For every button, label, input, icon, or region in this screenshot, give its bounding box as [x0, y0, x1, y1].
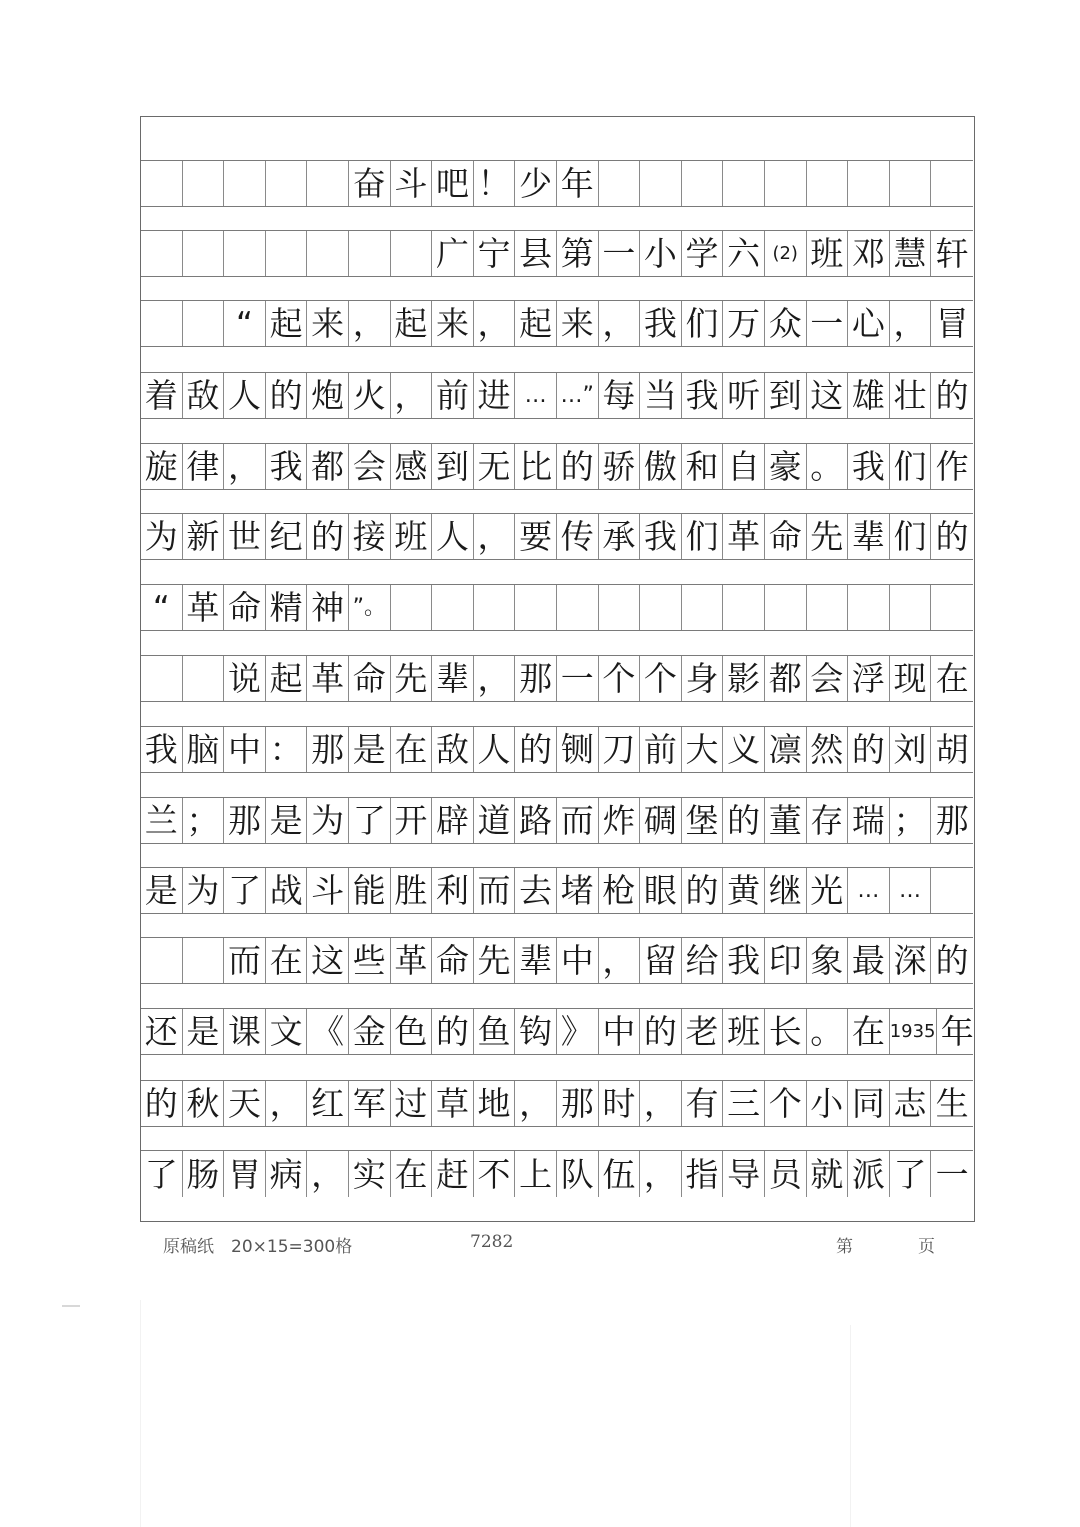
grid-cell: …” [557, 373, 599, 418]
grid-cell: 着 [141, 373, 183, 418]
grid-cell: 邓 [848, 231, 890, 276]
grid-cell: 慧 [890, 231, 932, 276]
grid-cell: 堡 [682, 798, 724, 843]
grid-cell: 骄 [599, 444, 641, 489]
grid-cell: 说 [224, 656, 266, 701]
grid-row: “革命精神”。 [141, 584, 973, 631]
grid-cell: 开 [391, 798, 433, 843]
grid-cell: 我 [640, 514, 682, 559]
grid-cell: 听 [723, 373, 765, 418]
grid-cell: 而 [557, 798, 599, 843]
grid-cell: (2) [765, 231, 807, 276]
grid-cell [391, 231, 433, 276]
grid-cell: 我 [141, 727, 183, 772]
grid-cell: 刘 [890, 727, 932, 772]
grid-cell: 道 [474, 798, 516, 843]
grid-row: 旋律，我都会感到无比的骄傲和自豪。我们作 [141, 443, 973, 490]
grid-cell: 》 [557, 1009, 599, 1054]
grid-cell: 志 [890, 1081, 932, 1126]
grid-cell: ， [599, 301, 641, 346]
grid-cell [391, 585, 433, 630]
grid-cell: 金 [349, 1009, 391, 1054]
grid-cell: 那 [557, 1081, 599, 1126]
grid-cell: 辈 [848, 514, 890, 559]
grid-cell: 会 [807, 656, 849, 701]
grid-cell: 为 [141, 514, 183, 559]
grid-cell: 碉 [640, 798, 682, 843]
grid-cell: 了 [141, 1151, 183, 1197]
grid-cell: 起 [266, 656, 308, 701]
page-label: 第 [836, 1232, 853, 1257]
grid-cell: 们 [682, 301, 724, 346]
grid-cell: 去 [515, 868, 557, 913]
grid-cell: … [515, 373, 557, 418]
grid-cell [931, 868, 973, 913]
grid-row: 说起革命先辈，那一个个身影都会浮现在 [141, 655, 973, 702]
grid-cell: 1935 [890, 1009, 937, 1054]
grid-cell: 个 [599, 656, 641, 701]
grid-cell: 这 [807, 373, 849, 418]
grid-cell: 胃 [224, 1151, 266, 1197]
grid-cell: ； [183, 798, 225, 843]
grid-cell: 作 [931, 444, 973, 489]
grid-cell: 的 [557, 444, 599, 489]
grid-cell: 先 [474, 938, 516, 983]
grid-cell: 那 [931, 798, 973, 843]
grid-cell: 来 [432, 301, 474, 346]
grid-cell: 宁 [474, 231, 516, 276]
grid-cell: 就 [807, 1151, 849, 1197]
grid-cell: 壮 [890, 373, 932, 418]
grid-cell: 色 [391, 1009, 433, 1054]
grid-cell: 是 [183, 1009, 225, 1054]
grid-cell: 火 [349, 373, 391, 418]
grid-cell [307, 231, 349, 276]
grid-cell: 自 [723, 444, 765, 489]
grid-cell: 肠 [183, 1151, 225, 1197]
grid-cell [183, 161, 225, 206]
grid-cell: 老 [682, 1009, 724, 1054]
grid-cell: “ [224, 301, 266, 346]
grid-cell: 命 [432, 938, 474, 983]
grid-cell: 的 [307, 514, 349, 559]
grid-cell: 们 [890, 514, 932, 559]
grid-cell: 留 [640, 938, 682, 983]
grid-cell: 奋 [349, 161, 391, 206]
grid-cell: 们 [890, 444, 932, 489]
grid-cell: 起 [515, 301, 557, 346]
grid-cell: ”。 [349, 585, 391, 630]
grid-cell: 而 [474, 868, 516, 913]
grid-cell [848, 585, 890, 630]
grid-cell: 病 [266, 1151, 308, 1197]
grid-cell [640, 161, 682, 206]
grid-cell: 继 [765, 868, 807, 913]
grid-cell: 胡 [931, 727, 973, 772]
grid-cell: 进 [474, 373, 516, 418]
grid-cell: 敌 [432, 727, 474, 772]
grid-cell [141, 231, 183, 276]
grid-cell: 纪 [266, 514, 308, 559]
grid-cell: 斗 [391, 161, 433, 206]
grid-cell: 的 [931, 938, 973, 983]
grid-row: 是为了战斗能胜利而去堵枪眼的黄继光…… [141, 867, 973, 914]
grid-cell: 枪 [599, 868, 641, 913]
grid-cell: 这 [307, 938, 349, 983]
grid-cell: 广 [432, 231, 474, 276]
grid-cell [890, 161, 932, 206]
grid-cell: 长 [765, 1009, 807, 1054]
grid-cell: 班 [391, 514, 433, 559]
grid-cell [931, 585, 973, 630]
grid-cell: 炮 [307, 373, 349, 418]
grid-cell: 和 [682, 444, 724, 489]
grid-cell: 班 [807, 231, 849, 276]
grid-cell: ； [890, 798, 932, 843]
grid-cell: 草 [432, 1081, 474, 1126]
grid-cell: 都 [765, 656, 807, 701]
grid-cell: 辟 [432, 798, 474, 843]
grid-cell: 秋 [183, 1081, 225, 1126]
grid-cell [183, 656, 225, 701]
scan-artifact [62, 1305, 80, 1307]
grid-cell: 同 [848, 1081, 890, 1126]
grid-cell [682, 585, 724, 630]
grid-cell: 上 [515, 1151, 557, 1197]
grid-cell: 胜 [391, 868, 433, 913]
grid-cell [599, 585, 641, 630]
grid-cell [557, 585, 599, 630]
grid-cell: 人 [432, 514, 474, 559]
grid-cell: 象 [807, 938, 849, 983]
grid-cell: 到 [432, 444, 474, 489]
grid-cell: 身 [682, 656, 724, 701]
grid-cell: 中 [599, 1009, 641, 1054]
grid-cell: ， [307, 1151, 349, 1197]
grid-cell: 那 [224, 798, 266, 843]
grid-cell: 的 [848, 727, 890, 772]
grid-cell: 给 [682, 938, 724, 983]
grid-cell: ， [224, 444, 266, 489]
grid-cell: 了 [224, 868, 266, 913]
scan-artifact-line [850, 1325, 851, 1527]
grid-cell: 些 [349, 938, 391, 983]
grid-cell [807, 585, 849, 630]
grid-cell: 前 [432, 373, 474, 418]
grid-cell: 中 [557, 938, 599, 983]
grid-cell: 们 [682, 514, 724, 559]
grid-cell: … [890, 868, 932, 913]
grid-cell: 眼 [640, 868, 682, 913]
grid-row: 广宁县第一小学六(2)班邓慧轩 [141, 230, 973, 277]
grid-cell: 。 [807, 1009, 849, 1054]
grid-cell: 先 [807, 514, 849, 559]
grid-cell [682, 161, 724, 206]
grid-cell: 我 [723, 938, 765, 983]
grid-row: “起来，起来，起来，我们万众一心，冒 [141, 300, 973, 347]
grid-cell: 一 [599, 231, 641, 276]
grid-cell: 命 [349, 656, 391, 701]
grid-cell: 课 [224, 1009, 266, 1054]
grid-cell: 影 [723, 656, 765, 701]
manuscript-sheet: 奋斗吧！少年广宁县第一小学六(2)班邓慧轩“起来，起来，起来，我们万众一心，冒着… [140, 116, 975, 1222]
grid-cell: 战 [266, 868, 308, 913]
grid-cell: 三 [723, 1081, 765, 1126]
grid-cell: 律 [183, 444, 225, 489]
grid-cell: 在 [848, 1009, 890, 1054]
grid-cell: 派 [848, 1151, 890, 1197]
grid-cell [723, 585, 765, 630]
grid-cell: “ [141, 585, 183, 630]
grid-row: 我脑中：那是在敌人的铡刀前大义凛然的刘胡 [141, 726, 973, 773]
grid-cell: 人 [474, 727, 516, 772]
grid-cell: ， [474, 301, 516, 346]
grid-cell [141, 161, 183, 206]
grid-cell: 敌 [183, 373, 225, 418]
grid-cell: ， [640, 1081, 682, 1126]
grid-cell: ： [266, 727, 308, 772]
grid-cell: 个 [640, 656, 682, 701]
grid-cell [640, 585, 682, 630]
grid-cell: 鱼 [474, 1009, 516, 1054]
grid-cell: 我 [682, 373, 724, 418]
grid-cell: 过 [391, 1081, 433, 1126]
grid-row: 的秋天，红军过草地，那时，有三个小同志生 [141, 1080, 973, 1127]
paper-code: 7282 [470, 1232, 513, 1252]
grid-cell [141, 656, 183, 701]
grid-cell: ， [599, 938, 641, 983]
grid-cell: 的 [432, 1009, 474, 1054]
grid-cell: 为 [183, 868, 225, 913]
grid-cell: 革 [307, 656, 349, 701]
grid-cell: 在 [266, 938, 308, 983]
grid-cell: 人 [224, 373, 266, 418]
grid-cell: 最 [848, 938, 890, 983]
grid-cell: 的 [723, 798, 765, 843]
grid-cell: 光 [807, 868, 849, 913]
grid-cell [183, 301, 225, 346]
grid-cell [183, 938, 225, 983]
grid-cell: 深 [890, 938, 932, 983]
grid-cell: 利 [432, 868, 474, 913]
grid-cell: 命 [765, 514, 807, 559]
grid-row: 兰；那是为了开辟道路而炸碉堡的董存瑞；那 [141, 797, 973, 844]
grid-cell [349, 231, 391, 276]
grid-cell [307, 161, 349, 206]
grid-cell: 了 [890, 1151, 932, 1197]
grid-cell: 的 [515, 727, 557, 772]
grid-cell: … [848, 868, 890, 913]
grid-cell: 黄 [723, 868, 765, 913]
grid-cell: 董 [765, 798, 807, 843]
grid-cell: 革 [391, 938, 433, 983]
grid-cell: 然 [807, 727, 849, 772]
grid-cell: 比 [515, 444, 557, 489]
grid-cell: 辈 [432, 656, 474, 701]
grid-cell: 导 [723, 1151, 765, 1197]
grid-cell: 年 [557, 161, 599, 206]
grid-cell: 感 [391, 444, 433, 489]
grid-cell: 兰 [141, 798, 183, 843]
grid-cell: 辈 [515, 938, 557, 983]
grid-cell: 中 [224, 727, 266, 772]
grid-cell: ， [349, 301, 391, 346]
grid-cell: 有 [682, 1081, 724, 1126]
grid-cell: 到 [765, 373, 807, 418]
grid-row: 了肠胃病，实在赶不上队伍，指导员就派了一 [141, 1150, 973, 1197]
grid-row: 奋斗吧！少年 [141, 160, 973, 207]
grid-cell: 小 [640, 231, 682, 276]
grid-cell: 在 [391, 727, 433, 772]
grid-cell [765, 585, 807, 630]
grid-cell: 神 [307, 585, 349, 630]
grid-cell: 天 [224, 1081, 266, 1126]
grid-cell: 队 [557, 1151, 599, 1197]
grid-cell: 起 [391, 301, 433, 346]
grid-cell: 钩 [515, 1009, 557, 1054]
grid-cell: 员 [765, 1151, 807, 1197]
grid-cell: 那 [307, 727, 349, 772]
grid-cell: 冒 [931, 301, 973, 346]
grid-cell [890, 585, 932, 630]
grid-cell: 先 [391, 656, 433, 701]
grid-cell: 轩 [931, 231, 973, 276]
grid-cell: 红 [307, 1081, 349, 1126]
grid-cell: 的 [931, 514, 973, 559]
grid-cell: 而 [224, 938, 266, 983]
page-unit-label: 页 [918, 1232, 935, 1257]
grid-cell: 要 [515, 514, 557, 559]
grid-cell [141, 938, 183, 983]
grid-cell: 我 [266, 444, 308, 489]
scan-artifact-line [140, 1300, 141, 1527]
grid-cell: 炸 [599, 798, 641, 843]
grid-cell: 众 [765, 301, 807, 346]
grid-cell: 班 [723, 1009, 765, 1054]
grid-cell: 命 [224, 585, 266, 630]
grid-cell: ， [474, 656, 516, 701]
grid-row: 着敌人的炮火，前进……”每当我听到这雄壮的 [141, 372, 973, 419]
grid-cell: 的 [640, 1009, 682, 1054]
grid-cell [141, 301, 183, 346]
grid-cell: ！ [474, 161, 516, 206]
grid-cell [807, 161, 849, 206]
grid-cell: 。 [807, 444, 849, 489]
grid-cell: 一 [557, 656, 599, 701]
grid-cell: 能 [349, 868, 391, 913]
grid-cell [515, 585, 557, 630]
grid-cell: 都 [307, 444, 349, 489]
grid-cell: 傲 [640, 444, 682, 489]
grid-cell: 一 [931, 1151, 973, 1197]
grid-cell: 刀 [599, 727, 641, 772]
grid-cell [848, 161, 890, 206]
grid-cell: 的 [682, 868, 724, 913]
grid-cell [224, 231, 266, 276]
grid-cell: 接 [349, 514, 391, 559]
grid-cell [224, 161, 266, 206]
grid-cell: 个 [765, 1081, 807, 1126]
grid-cell: 万 [723, 301, 765, 346]
grid-row: 为新世纪的接班人，要传承我们革命先辈们的 [141, 513, 973, 560]
grid-cell: ， [391, 373, 433, 418]
grid-cell [765, 161, 807, 206]
grid-cell: 世 [224, 514, 266, 559]
grid-cell: 文 [266, 1009, 308, 1054]
grid-cell: 在 [391, 1151, 433, 1197]
grid-cell: 起 [266, 301, 308, 346]
grid-cell: 指 [682, 1151, 724, 1197]
grid-cell: 地 [474, 1081, 516, 1126]
grid-cell: 少 [515, 161, 557, 206]
grid-cell [723, 161, 765, 206]
grid-cell: ， [515, 1081, 557, 1126]
grid-cell: 一 [807, 301, 849, 346]
grid-cell: 大 [682, 727, 724, 772]
grid-cell: 前 [640, 727, 682, 772]
grid-cell: 脑 [183, 727, 225, 772]
grid-cell: 承 [599, 514, 641, 559]
grid-cell: 吧 [432, 161, 474, 206]
grid-cell: 浮 [848, 656, 890, 701]
grid-cell [931, 161, 973, 206]
grid-cell: 路 [515, 798, 557, 843]
grid-cell: 旋 [141, 444, 183, 489]
grid-cell: 现 [890, 656, 932, 701]
grid-cell: 了 [349, 798, 391, 843]
grid-cell: 学 [682, 231, 724, 276]
grid-cell: 会 [349, 444, 391, 489]
grid-cell: 印 [765, 938, 807, 983]
grid-cell [432, 585, 474, 630]
grid-cell: 我 [848, 444, 890, 489]
grid-cell: 来 [307, 301, 349, 346]
grid-cell: 凛 [765, 727, 807, 772]
grid-cell: 来 [557, 301, 599, 346]
grid-cell: 六 [723, 231, 765, 276]
grid-cell: 伍 [599, 1151, 641, 1197]
grid-cell: 精 [266, 585, 308, 630]
grid-cell: 存 [807, 798, 849, 843]
grid-cell: 瑞 [848, 798, 890, 843]
grid-cell: 为 [307, 798, 349, 843]
grid-cell [266, 231, 308, 276]
grid-cell: 每 [599, 373, 641, 418]
grid-cell: 是 [141, 868, 183, 913]
grid-cell: 那 [515, 656, 557, 701]
grid-cell: 的 [931, 373, 973, 418]
grid-cell: 豪 [765, 444, 807, 489]
grid-cell [474, 585, 516, 630]
grid-cell: 当 [640, 373, 682, 418]
grid-cell: 斗 [307, 868, 349, 913]
grid-cell: 在 [931, 656, 973, 701]
grid-cell: 革 [183, 585, 225, 630]
grid-cell: 年 [937, 1009, 979, 1054]
grid-cell: 第 [557, 231, 599, 276]
grid-cell [599, 161, 641, 206]
grid-cell: 心 [848, 301, 890, 346]
grid-cell: ， [640, 1151, 682, 1197]
grid-cell: 《 [307, 1009, 349, 1054]
grid-cell: 堵 [557, 868, 599, 913]
grid-cell [266, 161, 308, 206]
grid-cell: 铡 [557, 727, 599, 772]
grid-row: 还是课文《金色的鱼钩》中的老班长。在1935年 [141, 1008, 973, 1055]
grid-cell: 县 [515, 231, 557, 276]
paper-spec-label: 原稿纸 20×15=300格 [163, 1232, 352, 1257]
grid-cell: 无 [474, 444, 516, 489]
